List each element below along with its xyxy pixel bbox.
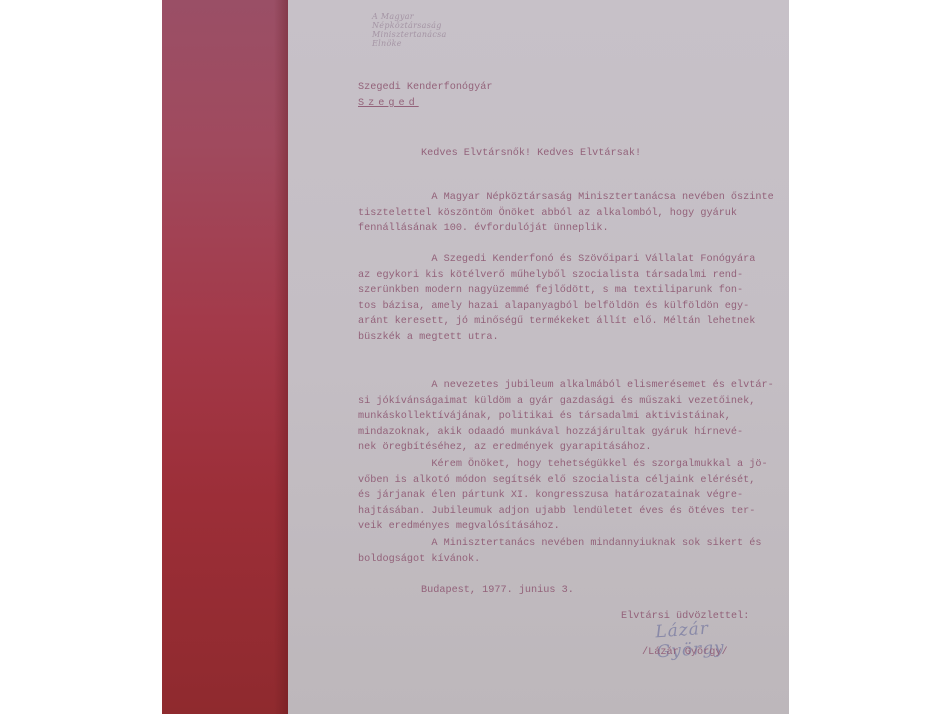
date-line: Budapest, 1977. junius 3.: [421, 583, 574, 599]
paragraph-2: A Szegedi Kenderfonó és Szövőipari Válla…: [358, 252, 755, 346]
paragraph-5: A Minisztertanács nevében mindannyiuknak…: [358, 536, 762, 567]
salutation: Kedves Elvtársnők! Kedves Elvtársak!: [421, 146, 641, 162]
addressee-city: Szeged: [358, 96, 419, 112]
signer-name: /Lázár György/: [642, 645, 728, 661]
red-folder-cover: [162, 0, 288, 714]
addressee: Szegedi Kenderfonógyár: [358, 80, 493, 96]
paragraph-3: A nevezetes jubileum alkalmából elismeré…: [358, 378, 774, 456]
paragraph-1: A Magyar Népköztársaság Minisztertanácsa…: [358, 190, 774, 237]
document-photo: [162, 0, 789, 714]
letterhead: A Magyar Népköztársaság Minisztertanácsa…: [372, 12, 447, 48]
paragraph-4: Kérem Önöket, hogy tehetségükkel és szor…: [358, 457, 768, 535]
